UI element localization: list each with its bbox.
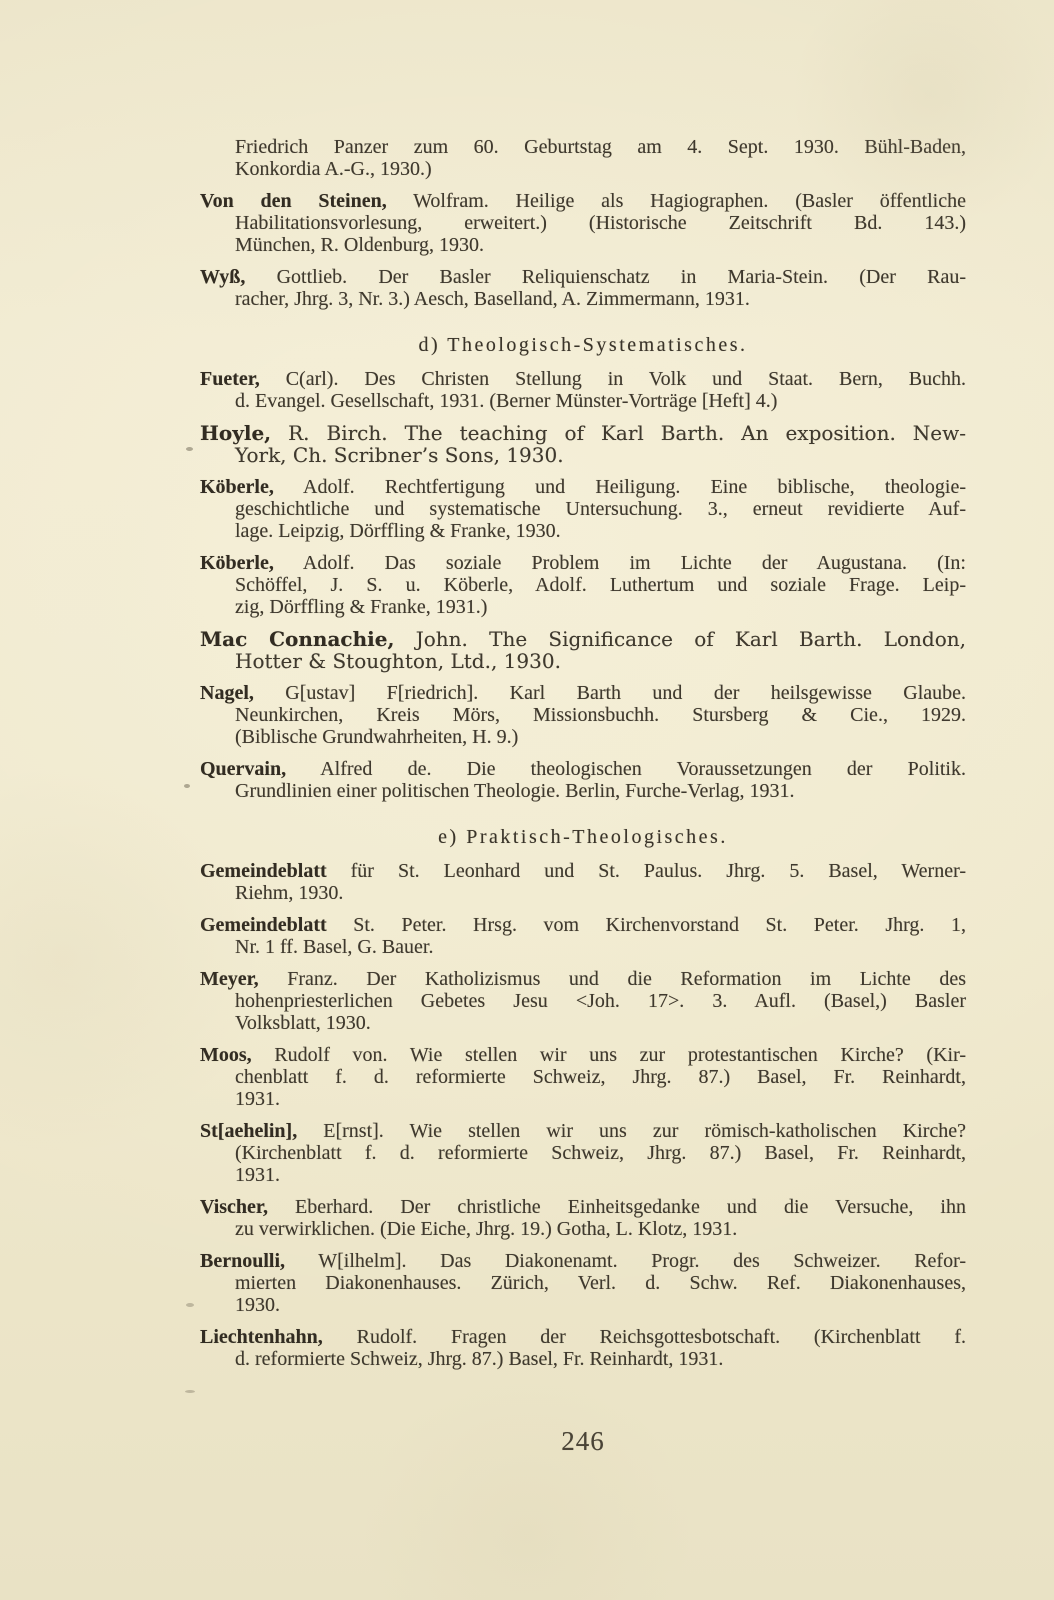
bib-entry: Meyer, Franz. Der Katholizismus und die … <box>200 968 966 1034</box>
bib-entry: Wyß, Gottlieb. Der Basler Reliquienschat… <box>200 266 966 310</box>
bib-entry: Mac Connachie, John. The Significance of… <box>200 628 966 672</box>
entry-line: Volksblatt, 1930. <box>200 1012 966 1034</box>
bib-entry: Vischer, Eberhard. Der christliche Einhe… <box>200 1196 966 1240</box>
bib-entry: Nagel, G[ustav] F[riedrich]. Karl Barth … <box>200 682 966 748</box>
entry-line: Fueter, C(arl). Des Christen Stellung in… <box>200 368 966 390</box>
bib-entry: Liechtenhahn, Rudolf. Fragen der Reichsg… <box>200 1326 966 1370</box>
entry-author: Mac Connachie, <box>200 627 394 651</box>
entry-line: Liechtenhahn, Rudolf. Fragen der Reichsg… <box>200 1326 966 1348</box>
entry-line: York, Ch. Scribner’s Sons, 1930. <box>200 444 966 466</box>
entry-line: Habilitationsvorlesung, erweitert.) (His… <box>200 212 966 234</box>
entry-line: München, R. Oldenburg, 1930. <box>200 234 966 256</box>
entry-author: Nagel, <box>200 682 254 704</box>
entry-author: Bernoulli, <box>200 1250 285 1272</box>
entry-line: mierten Diakonenhauses. Zürich, Verl. d.… <box>200 1272 966 1294</box>
entry-author: Köberle, <box>200 476 274 498</box>
bib-entry: Fueter, C(arl). Des Christen Stellung in… <box>200 368 966 412</box>
entry-line: d. reformierte Schweiz, Jhrg. 87.) Basel… <box>200 1348 966 1370</box>
scanned-book-page: Friedrich Panzer zum 60. Geburtstag am 4… <box>0 0 1054 1600</box>
entry-line: Hotter & Stoughton, Ltd., 1930. <box>200 650 966 672</box>
bib-entry: Gemeindeblatt St. Peter. Hrsg. vom Kirch… <box>200 914 966 958</box>
entry-line: geschichtliche und systematische Untersu… <box>200 498 966 520</box>
entry-line: racher, Jhrg. 3, Nr. 3.) Aesch, Basellan… <box>200 288 966 310</box>
bibliography-text-block: Friedrich Panzer zum 60. Geburtstag am 4… <box>200 136 966 1380</box>
entry-line: d. Evangel. Gesellschaft, 1931. (Berner … <box>200 390 966 412</box>
bib-entry: Bernoulli, W[ilhelm]. Das Diakonenamt. P… <box>200 1250 966 1316</box>
entry-line: chenblatt f. d. reformierte Schweiz, Jhr… <box>200 1066 966 1088</box>
entry-author: Moos, <box>200 1044 252 1066</box>
entry-line: Riehm, 1930. <box>200 882 966 904</box>
bibliography-section: d) Theologisch-Systematisches.Fueter, C(… <box>200 334 966 802</box>
bib-entry: Gemeindeblatt für St. Leonhard und St. P… <box>200 860 966 904</box>
entry-line: 1931. <box>200 1088 966 1110</box>
entry-author: Vischer, <box>200 1196 268 1218</box>
entry-author: Wyß, <box>200 266 245 288</box>
entry-line: Konkordia A.-G., 1930.) <box>200 158 966 180</box>
entry-line: Meyer, Franz. Der Katholizismus und die … <box>200 968 966 990</box>
entry-author: Quervain, <box>200 758 286 780</box>
section-heading: e) Praktisch-Theologisches. <box>200 826 966 848</box>
entry-line: Köberle, Adolf. Rechtfertigung und Heili… <box>200 476 966 498</box>
entry-line: Grundlinien einer politischen Theologie.… <box>200 780 966 802</box>
section-heading: d) Theologisch-Systematisches. <box>200 334 966 356</box>
entry-line: (Biblische Grundwahrheiten, H. 9.) <box>200 726 966 748</box>
entry-line: Moos, Rudolf von. Wie stellen wir uns zu… <box>200 1044 966 1066</box>
page-number: 246 <box>200 1426 966 1457</box>
entry-author: Meyer, <box>200 968 259 990</box>
scan-speck <box>185 1390 195 1393</box>
bib-entry: St[aehelin], E[rnst]. Wie stellen wir un… <box>200 1120 966 1186</box>
entry-line: (Kirchenblatt f. d. reformierte Schweiz,… <box>200 1142 966 1164</box>
bibliography-section: Friedrich Panzer zum 60. Geburtstag am 4… <box>200 136 966 310</box>
entry-author: Hoyle, <box>200 421 271 445</box>
entry-line: Mac Connachie, John. The Significance of… <box>200 628 966 650</box>
entry-author: Gemeindeblatt <box>200 860 327 882</box>
entry-line: Quervain, Alfred de. Die theologischen V… <box>200 758 966 780</box>
entry-author: Von den Steinen, <box>200 190 387 212</box>
bib-entry: Köberle, Adolf. Das soziale Problem im L… <box>200 552 966 618</box>
scan-speck <box>186 1303 194 1307</box>
scan-speck <box>184 784 190 788</box>
entry-line: Schöffel, J. S. u. Köberle, Adolf. Luthe… <box>200 574 966 596</box>
entry-author: St[aehelin], <box>200 1120 297 1142</box>
entry-line: Vischer, Eberhard. Der christliche Einhe… <box>200 1196 966 1218</box>
entry-line: Nr. 1 ff. Basel, G. Bauer. <box>200 936 966 958</box>
entry-line: Wyß, Gottlieb. Der Basler Reliquienschat… <box>200 266 966 288</box>
entry-line: Neunkirchen, Kreis Mörs, Missionsbuchh. … <box>200 704 966 726</box>
entry-line: lage. Leipzig, Dörffling & Franke, 1930. <box>200 520 966 542</box>
bib-entry: Von den Steinen, Wolfram. Heilige als Ha… <box>200 190 966 256</box>
entry-line: hohenpriesterlichen Gebetes Jesu <Joh. 1… <box>200 990 966 1012</box>
entry-line: Friedrich Panzer zum 60. Geburtstag am 4… <box>200 136 966 158</box>
entry-line: 1930. <box>200 1294 966 1316</box>
bib-entry: Hoyle, R. Birch. The teaching of Karl Ba… <box>200 422 966 466</box>
bib-entry: Quervain, Alfred de. Die theologischen V… <box>200 758 966 802</box>
bib-entry: Moos, Rudolf von. Wie stellen wir uns zu… <box>200 1044 966 1110</box>
entry-line: Bernoulli, W[ilhelm]. Das Diakonenamt. P… <box>200 1250 966 1272</box>
entry-author: Liechtenhahn, <box>200 1326 323 1348</box>
entry-line: Köberle, Adolf. Das soziale Problem im L… <box>200 552 966 574</box>
bib-entry: Köberle, Adolf. Rechtfertigung und Heili… <box>200 476 966 542</box>
entry-line: zu verwirklichen. (Die Eiche, Jhrg. 19.)… <box>200 1218 966 1240</box>
entry-author: Fueter, <box>200 368 260 390</box>
entry-line: Gemeindeblatt für St. Leonhard und St. P… <box>200 860 966 882</box>
entry-author: Gemeindeblatt <box>200 914 327 936</box>
entry-line: St[aehelin], E[rnst]. Wie stellen wir un… <box>200 1120 966 1142</box>
entry-line: Gemeindeblatt St. Peter. Hrsg. vom Kirch… <box>200 914 966 936</box>
entry-line: Nagel, G[ustav] F[riedrich]. Karl Barth … <box>200 682 966 704</box>
scan-speck <box>186 447 193 451</box>
bib-entry: Friedrich Panzer zum 60. Geburtstag am 4… <box>200 136 966 180</box>
entry-author: Köberle, <box>200 552 274 574</box>
entry-line: 1931. <box>200 1164 966 1186</box>
entry-line: Hoyle, R. Birch. The teaching of Karl Ba… <box>200 422 966 444</box>
bibliography-section: e) Praktisch-Theologisches.Gemeindeblatt… <box>200 826 966 1370</box>
entry-line: zig, Dörffling & Franke, 1931.) <box>200 596 966 618</box>
entry-line: Von den Steinen, Wolfram. Heilige als Ha… <box>200 190 966 212</box>
